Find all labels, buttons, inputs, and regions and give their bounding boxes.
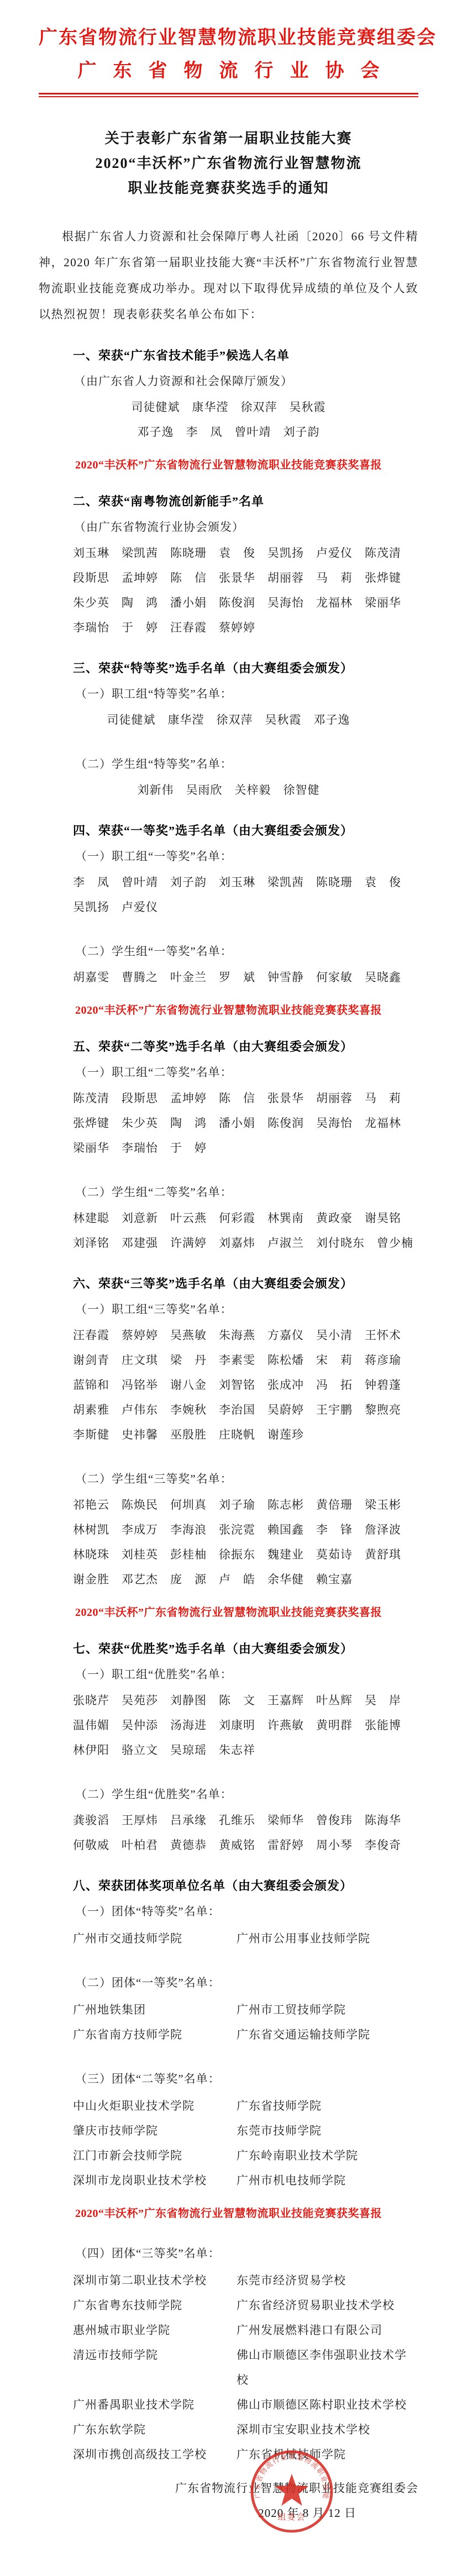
title-line-3: 职业技能竞赛获奖选手的通知 [39, 176, 418, 201]
section-heading: 八、荣获团体奖项单位名单（由大赛组委会颁发） [73, 1877, 418, 1895]
group-heading: （一）职工组“特等奖”名单： [75, 684, 418, 703]
document-title: 关于表彰广东省第一届职业技能大赛 2020“丰沃杯”广东省物流行业智慧物流 职业… [39, 126, 418, 201]
group-heading: （一）团体“特等奖”名单： [75, 1902, 418, 1921]
group-heading: （二）团体“一等奖”名单： [75, 1973, 418, 1992]
org-name-right: 广东省交通运输技师学院 [237, 2022, 370, 2047]
org-name-left: 广东东软学院 [73, 2417, 237, 2442]
names-row: 李瑞怡 于 婷 汪春霞 蔡婷婷 [73, 615, 418, 640]
group-heading: （二）学生组“三等奖”名单： [75, 1469, 418, 1488]
names-row: 林伊阳 骆立文 吴琼瑶 朱志祥 [73, 1738, 418, 1763]
section-heading: 三、荣获“特等奖”选手名单（由大赛组委会颁发） [73, 659, 418, 678]
names-row: 林建聪 刘意新 叶云燕 何彩霞 林巽南 黄政豪 谢昊铭 [73, 1206, 418, 1231]
org-award-row: 深圳市第二职业技术学校东莞市经济贸易学校 [73, 2268, 418, 2293]
names-row: 张晓芹 吴苑莎 刘静图 陈 文 王嘉辉 叶丛辉 吴 岸 [73, 1688, 418, 1713]
org-name-left: 中山火炬职业技术学院 [73, 2094, 237, 2119]
org-name-right: 东莞市技师学院 [237, 2119, 322, 2143]
group-heading: （二）学生组“一等奖”名单： [75, 942, 418, 961]
group-heading: （一）职工组“三等奖”名单： [75, 1300, 418, 1319]
org-name-right: 佛山市顺德区李伟强职业技术学校 [237, 2343, 418, 2393]
names-row: 李斯健 史祎馨 巫殷胜 庄晓帆 谢莲珍 [73, 1423, 418, 1447]
names-row: 刘新伟 吴雨欣 关梓毅 徐智健 [39, 778, 418, 803]
org-name-left: 广东省粤东技师学院 [73, 2293, 237, 2318]
org-name-left: 深圳市第二职业技术学校 [73, 2268, 237, 2293]
names-row: 林晓珠 刘桂英 彭桂柚 徐振东 魏建业 莫茹诗 黄舒琪 [73, 1542, 418, 1567]
org-name-left: 广州地铁集团 [73, 1998, 237, 2022]
names-row: 汪春霞 蔡婷婷 吴燕敏 朱海燕 方嘉仪 吴小清 王怀术 [73, 1323, 418, 1348]
names-row: 胡嘉雯 曹腾之 叶金兰 罗 斌 钟雪静 何家敏 吴晓鑫 [73, 965, 418, 990]
names-row: 吴凯扬 卢爱仪 [73, 895, 418, 920]
issuer-line: （由广东省物流行业协会颁发） [74, 518, 418, 536]
signature-block: 广东省物流行业智慧物流职业技能竞赛组委会 2020 年 8 月 12 日 [175, 2476, 418, 2526]
letterhead-org-line2: 广东省物流行业协会 [39, 59, 418, 84]
section-heading: 一、荣获“广东省技术能手”候选人名单 [73, 346, 418, 365]
title-line-2: 2020“丰沃杯”广东省物流行业智慧物流 [39, 151, 418, 176]
org-name-right: 佛山市顺德区陈村职业技术学校 [237, 2393, 407, 2417]
org-name-left: 肇庆市技师学院 [73, 2119, 237, 2143]
notice-document: 广东省物流行业智慧物流职业技能竞赛组委会 广东省物流行业协会 关于表彰广东省第一… [0, 0, 457, 2576]
intro-paragraph: 根据广东省人力资源和社会保障厅粤人社函〔2020〕66 号文件精神，2020 年… [39, 224, 418, 328]
award-banner: 2020“丰沃杯”广东省物流行业智慧物流职业技能竞赛获奖喜报 [39, 457, 418, 473]
org-name-left: 深圳市携创高级技工学校 [73, 2442, 237, 2467]
letterhead-org-line1: 广东省物流行业智慧物流职业技能竞赛组委会 [39, 25, 418, 51]
names-row: 段斯思 孟坤婷 陈 信 张景华 胡丽蓉 马 莉 张烨键 [73, 566, 418, 591]
award-banner: 2020“丰沃杯”广东省物流行业智慧物流职业技能竞赛获奖喜报 [39, 1604, 418, 1621]
names-row: 梁丽华 李瑞怡 于 婷 [73, 1136, 418, 1161]
org-name-left: 广东省南方技师学院 [73, 2022, 237, 2047]
org-award-row: 广东省粤东技师学院广东省经济贸易职业技术学校 [73, 2293, 418, 2318]
group-heading: （一）职工组“二等奖”名单： [75, 1063, 418, 1082]
names-row: 刘玉琳 梁凯茜 陈晓珊 袁 俊 吴凯扬 卢爱仪 陈茂清 [73, 541, 418, 566]
group-heading: （四）团体“三等奖”名单： [75, 2244, 418, 2263]
issuer-line: （由广东省人力资源和社会保障厅颁发） [74, 372, 418, 391]
org-name-left: 广州市交通技师学院 [73, 1926, 237, 1951]
org-name-right: 广州市公用事业技师学院 [237, 1926, 370, 1951]
names-row: 朱少英 陶 鸿 潘小娟 陈俊润 吴海怡 龙福林 梁丽华 [73, 591, 418, 615]
org-name-right: 广东省经济贸易职业技术学校 [237, 2293, 395, 2318]
org-name-right: 东莞市经济贸易学校 [237, 2268, 346, 2293]
names-row: 胡素雅 卢伟东 李婉秋 李治国 吴蔚婷 王宇鹏 黎煦亮 [73, 1398, 418, 1423]
org-award-row: 广东省南方技师学院广东省交通运输技师学院 [73, 2022, 418, 2047]
org-award-row: 深圳市携创高级技工学校广东省机械技师学院 [73, 2442, 418, 2467]
letterhead-divider [39, 93, 418, 97]
org-award-row: 广州市交通技师学院广州市公用事业技师学院 [73, 1926, 418, 1951]
names-row: 司徒健斌 康华滢 徐双萍 吴秋霞 [39, 395, 418, 420]
title-line-1: 关于表彰广东省第一届职业技能大赛 [39, 126, 418, 151]
org-award-row: 中山火炬职业技术学院广东省技师学院 [73, 2094, 418, 2119]
signature-date: 2020 年 8 月 12 日 [175, 2501, 418, 2526]
names-row: 谢金胜 邓艺杰 庞 源 卢 皓 余华健 赖宝嘉 [73, 1567, 418, 1592]
group-heading: （一）职工组“一等奖”名单： [75, 847, 418, 866]
names-row: 陈茂清 段斯思 孟坤婷 陈 信 张景华 胡丽蓉 马 莉 [73, 1086, 418, 1111]
document-body: 广东省物流行业智慧物流职业技能竞赛组委会 广东省物流行业协会 关于表彰广东省第一… [0, 0, 457, 2467]
org-name-left: 深圳市龙岗职业技术学校 [73, 2168, 237, 2193]
section-heading: 五、荣获“二等奖”选手名单（由大赛组委会颁发） [73, 1037, 418, 1056]
org-award-row: 广州番禺职业技术学院佛山市顺德区陈村职业技术学校 [73, 2393, 418, 2417]
org-name-left: 江门市新会技师学院 [73, 2143, 237, 2168]
signature-org: 广东省物流行业智慧物流职业技能竞赛组委会 [175, 2476, 418, 2501]
names-row: 林树凯 李成万 李海浪 张浣霓 赖国鑫 李 锋 詹泽波 [73, 1518, 418, 1542]
org-name-left: 广州番禺职业技术学院 [73, 2393, 237, 2417]
names-row: 祁艳云 陈焕民 何圳真 刘子瑜 陈志彬 黄倍珊 梁玉彬 [73, 1493, 418, 1518]
section-heading: 七、荣获“优胜奖”选手名单（由大赛组委会颁发） [73, 1640, 418, 1658]
section-heading: 四、荣获“一等奖”选手名单（由大赛组委会颁发） [73, 821, 418, 840]
org-name-right: 广东岭南职业技术学院 [237, 2143, 358, 2168]
section-heading: 六、荣获“三等奖”选手名单（由大赛组委会颁发） [73, 1274, 418, 1293]
group-heading: （二）学生组“二等奖”名单： [75, 1183, 418, 1202]
group-heading: （一）职工组“优胜奖”名单： [75, 1665, 418, 1684]
org-name-right: 广东省机械技师学院 [237, 2442, 346, 2467]
org-name-right: 广州市机电技师学院 [237, 2168, 346, 2193]
org-name-left: 惠州城市职业学院 [73, 2318, 237, 2343]
org-name-right: 广东省技师学院 [237, 2094, 322, 2119]
group-heading: （二）学生组“优胜奖”名单： [75, 1785, 418, 1804]
names-row: 何敬威 叶柏君 黄德恭 黄威铭 雷舒婷 周小琴 李俊奇 [73, 1833, 418, 1858]
names-row: 温伟媚 吴仲添 汤海进 刘康明 许燕敏 黄明群 张能博 [73, 1713, 418, 1738]
org-award-row: 清远市技师学院佛山市顺德区李伟强职业技术学校 [73, 2343, 418, 2393]
org-name-left: 清远市技师学院 [73, 2343, 237, 2393]
org-award-row: 深圳市龙岗职业技术学校广州市机电技师学院 [73, 2168, 418, 2193]
org-award-row: 惠州城市职业学院广州发展燃料港口有限公司 [73, 2318, 418, 2343]
group-heading: （二）学生组“特等奖”名单： [75, 755, 418, 773]
names-row: 谢剑青 庄文琪 梁 丹 李素雯 陈松燔 宋 莉 蒋彦瑜 [73, 1348, 418, 1373]
names-row: 龚骏滔 王厚炜 吕承缘 孔维乐 梁师华 曾俊玮 陈海华 [73, 1808, 418, 1833]
document-blocks: 一、荣获“广东省技术能手”候选人名单（由广东省人力资源和社会保障厅颁发）司徒健斌… [39, 346, 418, 2467]
org-award-row: 肇庆市技师学院东莞市技师学院 [73, 2119, 418, 2143]
names-row: 邓子逸 李 凤 曾叶靖 刘子韵 [39, 420, 418, 445]
org-award-row: 广州地铁集团广州市工贸技师学院 [73, 1998, 418, 2022]
org-name-right: 深圳市宝安职业技术学校 [237, 2417, 370, 2442]
names-row: 李 凤 曾叶靖 刘子韵 刘玉琳 梁凯茜 陈晓珊 袁 俊 [73, 870, 418, 895]
names-row: 蓝锦和 冯铭举 谢八金 刘智铭 张成冲 冯 拓 钟碧蓬 [73, 1373, 418, 1398]
org-name-right: 广州市工贸技师学院 [237, 1998, 346, 2022]
org-award-row: 江门市新会技师学院广东岭南职业技术学院 [73, 2143, 418, 2168]
names-row: 张烨键 朱少英 陶 鸿 潘小娟 陈俊润 吴海怡 龙福林 [73, 1111, 418, 1136]
section-heading: 二、荣获“南粤物流创新能手”名单 [73, 492, 418, 511]
award-banner: 2020“丰沃杯”广东省物流行业智慧物流职业技能竞赛获奖喜报 [39, 1002, 418, 1019]
org-award-row: 广东东软学院深圳市宝安职业技术学校 [73, 2417, 418, 2442]
award-banner: 2020“丰沃杯”广东省物流行业智慧物流职业技能竞赛获奖喜报 [39, 2205, 418, 2222]
names-row: 司徒健斌 康华滢 徐双萍 吴秋霞 邓子逸 [39, 708, 418, 733]
org-name-right: 广州发展燃料港口有限公司 [237, 2318, 382, 2343]
group-heading: （三）团体“二等奖”名单： [75, 2069, 418, 2088]
names-row: 刘泽铭 邓建强 许满婷 刘嘉炜 卢淑兰 刘付晓东 曾少楠 [73, 1231, 418, 1256]
